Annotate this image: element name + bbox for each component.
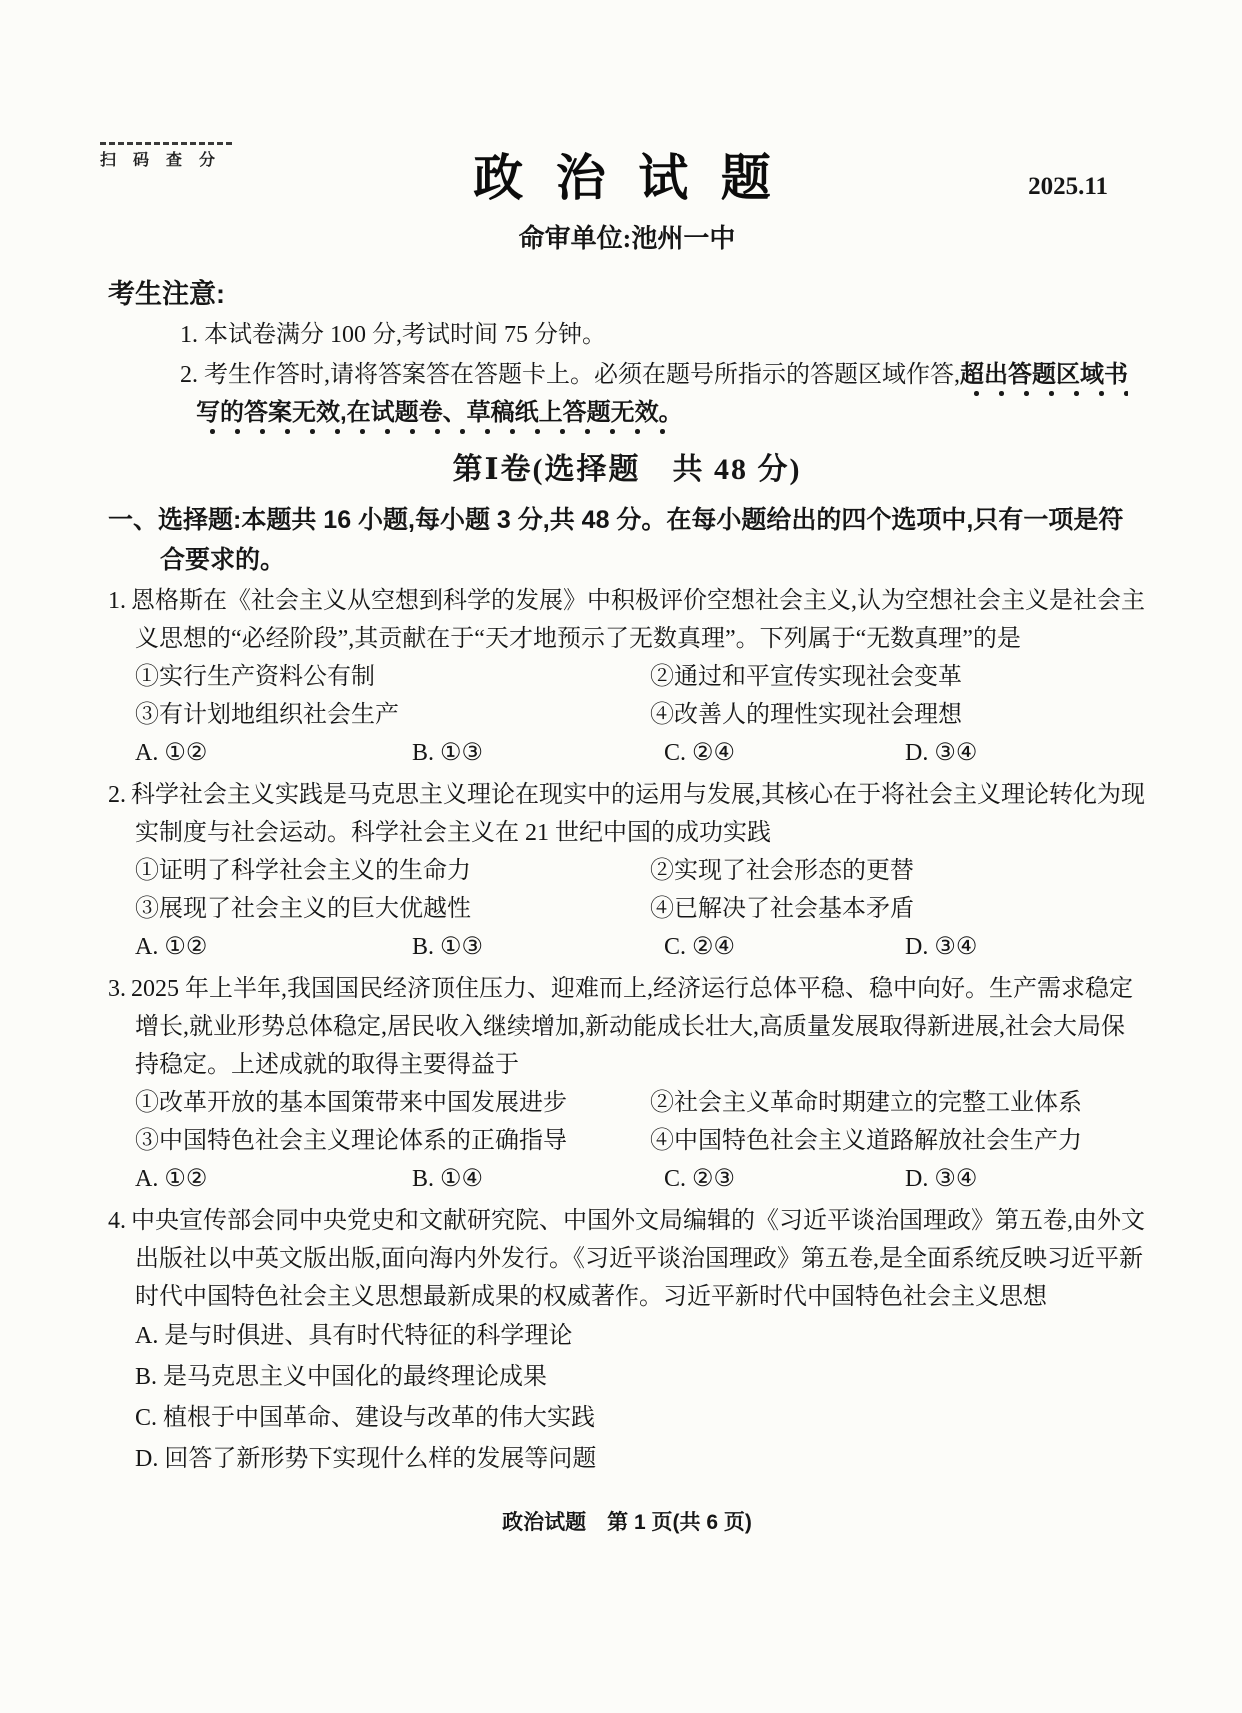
choice-c: C. ②③ bbox=[664, 1160, 905, 1198]
exam-date: 2025.11 bbox=[1028, 172, 1108, 202]
notice-item-2: 2.考生作答时,请将答案答在答题卡上。必须在题号所指示的答题区域作答,超出答题区… bbox=[108, 356, 1146, 432]
choice-a: A. ①② bbox=[135, 1160, 412, 1198]
page-footer: 政治试题 第 1 页(共 6 页) bbox=[108, 1508, 1146, 1538]
choice-d: D. 回答了新形势下实现什么样的发展等问题 bbox=[135, 1439, 1146, 1480]
choice-b: B. ①③ bbox=[412, 928, 664, 966]
statement-1: ①改革开放的基本国策带来中国发展进步 bbox=[135, 1084, 650, 1122]
choice-d: D. ③④ bbox=[905, 928, 1146, 966]
question-stem: 3.2025 年上半年,我国国民经济顶住压力、迎难而上,经济运行总体平稳、稳中向… bbox=[108, 970, 1146, 1084]
section-number: 一、 bbox=[108, 506, 158, 534]
notice-heading: 考生注意: bbox=[108, 274, 1146, 314]
section-intro-text: 选择题:本题共 16 小题,每小题 3 分,共 48 分。在每小题给出的四个选项… bbox=[158, 506, 1123, 574]
question-number: 3. bbox=[108, 976, 131, 1002]
question-stem: 2.科学社会主义实践是马克思主义理论在现实中的运用与发展,其核心在于将社会主义理… bbox=[108, 776, 1146, 852]
answer-choices: A. ①② B. ①④ C. ②③ D. ③④ bbox=[108, 1160, 1146, 1198]
question-stem: 1.恩格斯在《社会主义从空想到科学的发展》中积极评价空想社会主义,认为空想社会主… bbox=[108, 582, 1146, 658]
notice-item-number: 2. bbox=[180, 362, 204, 388]
choice-c: C. ②④ bbox=[664, 928, 905, 966]
question-stem-text: 恩格斯在《社会主义从空想到科学的发展》中积极评价空想社会主义,认为空想社会主义是… bbox=[131, 588, 1145, 652]
choice-b: B. ①④ bbox=[412, 1160, 664, 1198]
statement-2: ②实现了社会形态的更替 bbox=[650, 852, 1146, 890]
section1-intro: 一、选择题:本题共 16 小题,每小题 3 分,共 48 分。在每小题给出的四个… bbox=[108, 500, 1146, 580]
statement-3: ③有计划地组织社会生产 bbox=[135, 696, 650, 734]
question-2: 2.科学社会主义实践是马克思主义理论在现实中的运用与发展,其核心在于将社会主义理… bbox=[108, 776, 1146, 966]
statement-1: ①证明了科学社会主义的生命力 bbox=[135, 852, 650, 890]
notice-item-number: 1. bbox=[180, 322, 204, 348]
choice-a: A. ①② bbox=[135, 734, 412, 772]
statement-1: ①实行生产资料公有制 bbox=[135, 658, 650, 696]
notice-item-text: 本试卷满分 100 分,考试时间 75 分钟。 bbox=[204, 322, 606, 348]
answer-choices: A. ①② B. ①③ C. ②④ D. ③④ bbox=[108, 734, 1146, 772]
choice-c: C. ②④ bbox=[664, 734, 905, 772]
exam-paper: 扫码查分 政 治 试 题 2025.11 命审单位:池州一中 考生注意: 1.本… bbox=[0, 0, 1242, 1713]
choice-b: B. ①③ bbox=[412, 734, 664, 772]
question-stem-text: 中央宣传部会同中央党史和文献研究院、中国外文局编辑的《习近平谈治国理政》第五卷,… bbox=[131, 1208, 1145, 1310]
question-number: 1. bbox=[108, 588, 131, 614]
question-statements: ①证明了科学社会主义的生命力 ②实现了社会形态的更替 ③展现了社会主义的巨大优越… bbox=[108, 852, 1146, 928]
question-1: 1.恩格斯在《社会主义从空想到科学的发展》中积极评价空想社会主义,认为空想社会主… bbox=[108, 582, 1146, 772]
question-3: 3.2025 年上半年,我国国民经济顶住压力、迎难而上,经济运行总体平稳、稳中向… bbox=[108, 970, 1146, 1198]
answer-choices: A. ①② B. ①③ C. ②④ D. ③④ bbox=[108, 928, 1146, 966]
candidate-notice: 考生注意: 1.本试卷满分 100 分,考试时间 75 分钟。 2.考生作答时,… bbox=[108, 274, 1146, 432]
review-unit: 命审单位:池州一中 bbox=[108, 222, 1146, 256]
question-number: 2. bbox=[108, 782, 131, 808]
choice-c: C. 植根于中国革命、建设与改革的伟大实践 bbox=[135, 1398, 1146, 1439]
statement-4: ④中国特色社会主义道路解放社会生产力 bbox=[650, 1122, 1146, 1160]
answer-choices: A. 是与时俱进、具有时代特征的科学理论 B. 是马克思主义中国化的最终理论成果… bbox=[108, 1316, 1146, 1480]
statement-2: ②通过和平宣传实现社会变革 bbox=[650, 658, 1146, 696]
choice-d: D. ③④ bbox=[905, 734, 1146, 772]
question-4: 4.中央宣传部会同中央党史和文献研究院、中国外文局编辑的《习近平谈治国理政》第五… bbox=[108, 1202, 1146, 1480]
question-statements: ①改革开放的基本国策带来中国发展进步 ②社会主义革命时期建立的完整工业体系 ③中… bbox=[108, 1084, 1146, 1160]
statement-3: ③展现了社会主义的巨大优越性 bbox=[135, 890, 650, 928]
page-title: 政 治 试 题 bbox=[108, 0, 1146, 208]
notice-item-1: 1.本试卷满分 100 分,考试时间 75 分钟。 bbox=[108, 316, 1146, 354]
question-stem-text: 2025 年上半年,我国国民经济顶住压力、迎难而上,经济运行总体平稳、稳中向好。… bbox=[131, 976, 1133, 1078]
choice-a: A. ①② bbox=[135, 928, 412, 966]
choice-d: D. ③④ bbox=[905, 1160, 1146, 1198]
question-stem: 4.中央宣传部会同中央党史和文献研究院、中国外文局编辑的《习近平谈治国理政》第五… bbox=[108, 1202, 1146, 1316]
question-stem-text: 科学社会主义实践是马克思主义理论在现实中的运用与发展,其核心在于将社会主义理论转… bbox=[131, 782, 1145, 846]
statement-4: ④改善人的理性实现社会理想 bbox=[650, 696, 1146, 734]
choice-b: B. 是马克思主义中国化的最终理论成果 bbox=[135, 1357, 1146, 1398]
statement-4: ④已解决了社会基本矛盾 bbox=[650, 890, 1146, 928]
part1-heading: 第Ⅰ卷(选择题 共 48 分) bbox=[108, 448, 1146, 492]
choice-a: A. 是与时俱进、具有时代特征的科学理论 bbox=[135, 1316, 1146, 1357]
question-statements: ①实行生产资料公有制 ②通过和平宣传实现社会变革 ③有计划地组织社会生产 ④改善… bbox=[108, 658, 1146, 734]
question-number: 4. bbox=[108, 1208, 131, 1234]
statement-2: ②社会主义革命时期建立的完整工业体系 bbox=[650, 1084, 1146, 1122]
scan-code-label: 扫码查分 bbox=[100, 142, 232, 170]
statement-3: ③中国特色社会主义理论体系的正确指导 bbox=[135, 1122, 650, 1160]
notice-item-text: 考生作答时,请将答案答在答题卡上。必须在题号所指示的答题区域作答, bbox=[204, 362, 960, 388]
